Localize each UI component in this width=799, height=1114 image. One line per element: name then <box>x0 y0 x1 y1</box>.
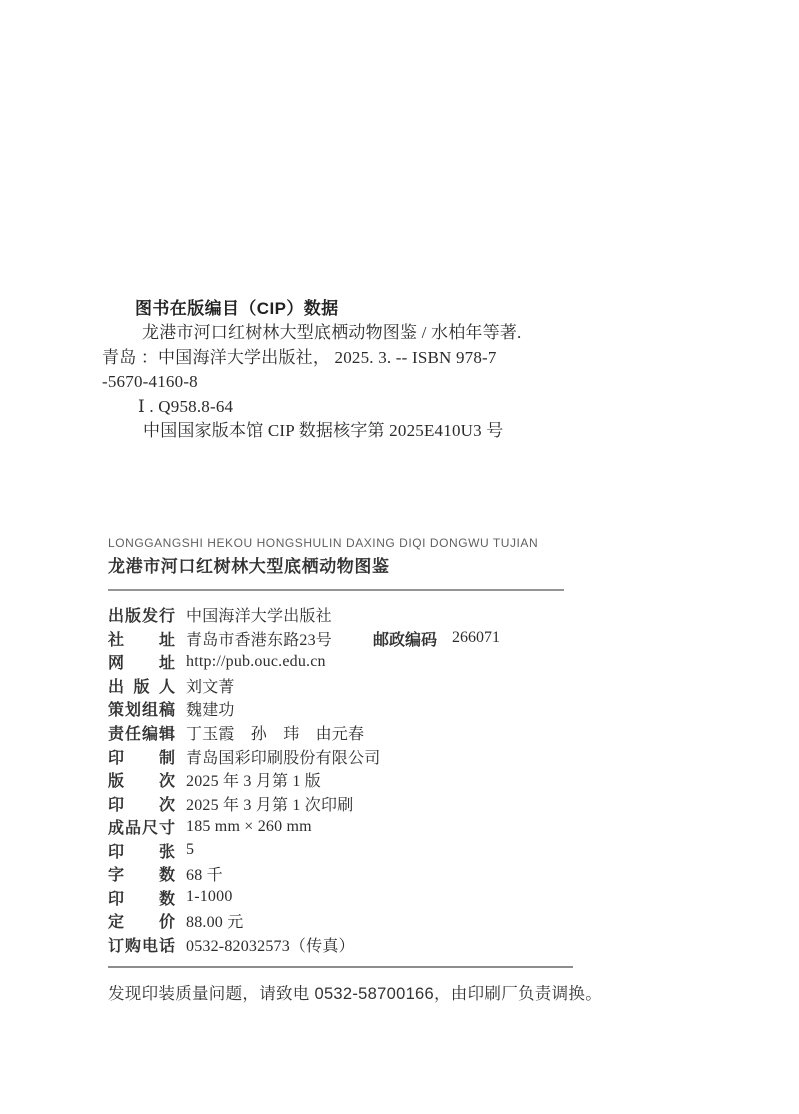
publication-row: 印 制 青岛国彩印刷股份有限公司 <box>108 744 708 768</box>
publication-field-label: 印 张 <box>108 839 175 862</box>
publication-field-value: 青岛市香港东路23号 <box>186 627 332 650</box>
publication-field-value: 刘文菁 <box>186 674 235 697</box>
publication-row: 字 数 68 千 <box>108 862 708 886</box>
publication-field-value: 丁玉霞 孙 玮 由元春 <box>186 721 364 744</box>
publication-field-value: 魏建功 <box>186 697 235 720</box>
publication-row: 印 张 5 <box>108 838 708 862</box>
publication-row: 责任编辑 丁玉霞 孙 玮 由元春 <box>108 721 708 745</box>
colophon-page: 图书在版编目（CIP）数据 龙港市河口红树林大型底栖动物图鉴 / 水柏年等著. … <box>0 0 799 1114</box>
postal-code-value: 266071 <box>452 629 500 647</box>
publication-field-value: 88.00 元 <box>186 909 243 932</box>
publication-row: 网 址 http://pub.ouc.edu.cn <box>108 650 708 674</box>
publication-field-label: 出 版 人 <box>108 674 175 697</box>
publication-field-value: 青岛国彩印刷股份有限公司 <box>186 745 380 768</box>
publication-row: 出版发行 中国海洋大学出版社 <box>108 603 708 627</box>
publication-row: 印 数 1-1000 <box>108 886 708 910</box>
publication-field-label: 出版发行 <box>108 603 175 626</box>
cip-line: 龙港市河口红树林大型底栖动物图鉴 / 水柏年等著. <box>102 321 607 345</box>
cip-line: Ⅰ . Q958.8-64 <box>102 395 607 419</box>
cip-line: -5670-4160-8 <box>102 370 607 394</box>
publication-row: 版 次 2025 年 3 月第 1 版 <box>108 768 708 792</box>
publication-field-label: 策划组稿 <box>108 697 175 720</box>
publication-field-value: 5 <box>186 841 194 859</box>
publication-field-value: 185 mm × 260 mm <box>186 818 312 836</box>
publication-field-label: 责任编辑 <box>108 721 175 744</box>
publication-row: 社 址 青岛市香港东路23号 邮政编码 266071 <box>108 627 708 651</box>
publication-field-value: 2025 年 3 月第 1 版 <box>186 768 321 791</box>
publication-field-label: 订购电话 <box>108 933 175 956</box>
divider-rule-top <box>108 589 564 591</box>
postal-code-label: 邮政编码 <box>373 627 437 650</box>
cip-line: 青岛 ：中国海洋大学出版社， 2025. 3. -- ISBN 978-7 <box>102 346 607 370</box>
cip-data-block: 图书在版编目（CIP）数据 龙港市河口红树林大型底栖动物图鉴 / 水柏年等著. … <box>102 297 607 443</box>
publication-field-label: 字 数 <box>108 862 175 885</box>
cip-heading: 图书在版编目（CIP）数据 <box>102 297 607 321</box>
publication-field-value: 1-1000 <box>186 888 233 906</box>
publication-field-value: 中国海洋大学出版社 <box>186 603 332 626</box>
divider-rule-bottom <box>108 966 573 968</box>
publication-field-value: 2025 年 3 月第 1 次印刷 <box>186 792 353 815</box>
publication-field-value: 0532-82032573（传真） <box>186 933 355 956</box>
book-title: 龙港市河口红树林大型底栖动物图鉴 <box>108 552 390 577</box>
publication-field-label: 定 价 <box>108 909 175 932</box>
publication-field-label: 社 址 <box>108 627 175 650</box>
publication-row: 成品尺寸 185 mm × 260 mm <box>108 815 708 839</box>
publication-row: 印 次 2025 年 3 月第 1 次印刷 <box>108 791 708 815</box>
romanized-title: LONGGANGSHI HEKOU HONGSHULIN DAXING DIQI… <box>108 536 538 550</box>
publication-row: 出 版 人 刘文菁 <box>108 674 708 698</box>
publication-row: 策划组稿 魏建功 <box>108 697 708 721</box>
publication-field-value: http://pub.ouc.edu.cn <box>186 653 326 671</box>
publication-info-list: 出版发行 中国海洋大学出版社 社 址 青岛市香港东路23号 邮政编码 26607… <box>108 603 708 956</box>
publication-row: 定 价 88.00 元 <box>108 909 708 933</box>
publication-field-value: 68 千 <box>186 862 223 885</box>
quality-notice: 发现印装质量问题，请致电 0532-58700166，由印刷厂负责调换。 <box>108 980 602 1004</box>
publication-field-label: 印 数 <box>108 886 175 909</box>
publication-field-label: 印 次 <box>108 792 175 815</box>
publication-field-label: 印 制 <box>108 745 175 768</box>
publication-row: 订购电话 0532-82032573（传真） <box>108 933 708 957</box>
publication-field-label: 网 址 <box>108 650 175 673</box>
cip-line: 中国国家版本馆 CIP 数据核字第 2025E410U3 号 <box>102 419 607 443</box>
publication-field-label: 成品尺寸 <box>108 815 175 838</box>
publication-field-label: 版 次 <box>108 768 175 791</box>
